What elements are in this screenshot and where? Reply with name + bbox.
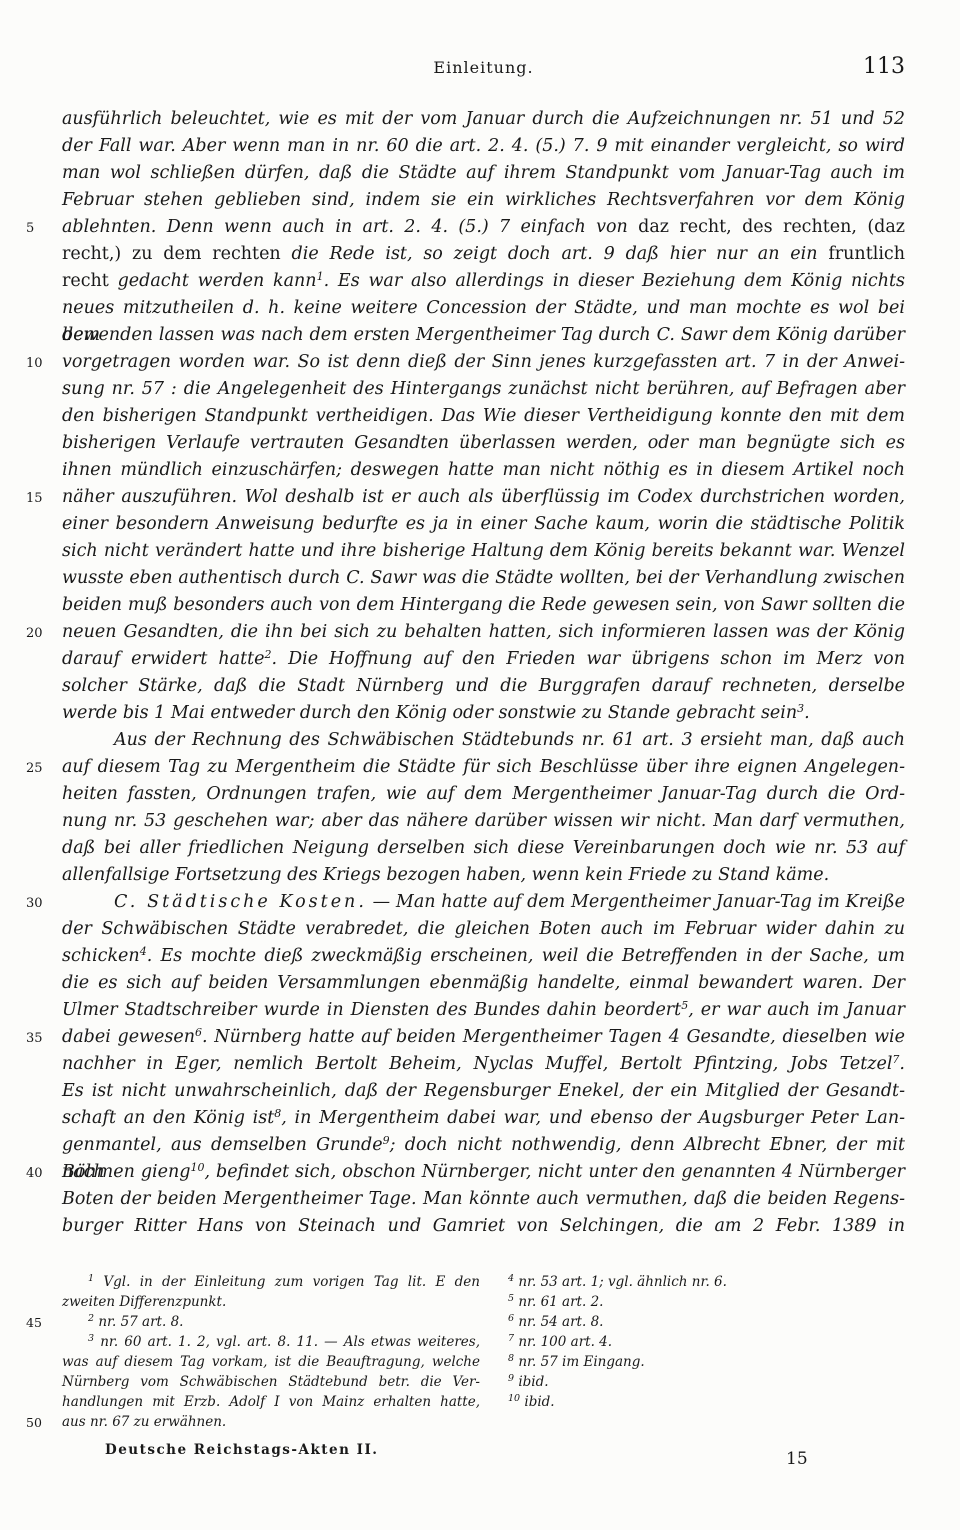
footnote-marker: 8	[508, 1353, 514, 1364]
text-segment: . Die Hoffnung auf den Frieden war übrig…	[272, 649, 905, 669]
text-line: werde bis 1 Mai entweder durch den König…	[62, 700, 905, 727]
text-line: 30C. Städtische Kosten. — Man hatte auf …	[62, 889, 905, 916]
text-line: 50aus nr. 67 zu erwähnen.	[62, 1412, 480, 1432]
margin-line-number: 25	[26, 755, 56, 782]
text-segment: fruntlich	[828, 244, 905, 264]
text-segment: .	[804, 703, 810, 723]
margin-line-number: 10	[26, 350, 56, 377]
text-segment: , befindet sich, obschon Nürnberger, nic…	[204, 1162, 905, 1182]
text-line: bewenden lassen was nach dem ersten Merg…	[62, 322, 905, 349]
text-line: darauf erwidert hatte2. Die Hoffnung auf…	[62, 646, 905, 673]
text-segment: Ulmer Stadtschreiber wurde in Diensten d…	[62, 1000, 681, 1020]
text-segment: gedacht werden kann	[118, 271, 317, 291]
text-segment: neuen Gesandten, die ihn bei sich zu beh…	[62, 622, 905, 642]
text-segment: sung nr. 57 : die Angelegenheit des Hint…	[62, 379, 905, 399]
text-line: die es sich auf beiden Versammlungen ebe…	[62, 970, 905, 997]
text-segment: nr. 57 im Eingang.	[514, 1354, 645, 1370]
text-segment: nr. 60 art. 1. 2, vgl. art. 8. 11. — Als…	[94, 1334, 480, 1350]
text-line: recht gedacht werden kann1. Es war also …	[62, 268, 905, 295]
text-line: allenfallsige Fortsetzung des Kriegs bez…	[62, 862, 905, 889]
text-segment: nr. 57 art. 8.	[94, 1314, 183, 1330]
running-title: Einleitung.	[62, 58, 905, 77]
text-line: bisherigen Verlaufe vertrauten Gesandten…	[62, 430, 905, 457]
text-segment: C. Städtische Kosten.	[114, 892, 367, 912]
text-segment: daß bei aller friedlichen Neigung dersel…	[62, 838, 905, 858]
text-segment: dabei gewesen	[62, 1027, 195, 1047]
text-segment: ausführlich beleuchtet, wie es mit der v…	[62, 109, 905, 129]
text-segment: ablehnten. Denn wenn auch in art. 2. 4. …	[62, 217, 638, 237]
text-line: 25auf diesem Tag zu Mergentheim die Städ…	[62, 754, 905, 781]
text-segment: genmantel, aus demselben Grunde	[62, 1135, 383, 1155]
text-line: 15näher auszuführen. Wol deshalb ist er …	[62, 484, 905, 511]
text-segment: der Schwäbischen Städte verabredet, die …	[62, 919, 905, 939]
text-segment: darauf erwidert hatte	[62, 649, 265, 669]
text-line: 40Böhmen gieng10, befindet sich, obschon…	[62, 1159, 905, 1186]
footnote-marker: 2	[265, 648, 272, 661]
text-line: 1 Vgl. in der Einleitung zum vorigen Tag…	[62, 1272, 480, 1292]
footnotes: 1 Vgl. in der Einleitung zum vorigen Tag…	[62, 1272, 905, 1437]
text-line: ausführlich beleuchtet, wie es mit der v…	[62, 106, 905, 133]
text-segment: einer besondern Anweisung bedurfte es ja…	[62, 514, 905, 534]
text-segment: Februar stehen geblieben sind, indem sie…	[62, 190, 905, 210]
text-line: was auf diesem Tag vorkam, ist die Beauf…	[62, 1352, 480, 1372]
series-imprint: Deutsche Reichstags-Akten II.	[105, 1442, 378, 1458]
text-line: nachher in Eger, nemlich Bertolt Beheim,…	[62, 1051, 905, 1078]
text-segment: der Fall war. Aber wenn man in nr. 60 di…	[62, 136, 905, 156]
text-segment: wusste eben authentisch durch C. Sawr wa…	[62, 568, 905, 588]
margin-line-number: 30	[26, 890, 56, 917]
text-line: heiten fassten, Ordnungen trafen, wie au…	[62, 781, 905, 808]
text-segment: nachher in Eger, nemlich Bertolt Beheim,…	[62, 1054, 892, 1074]
margin-line-number: 50	[26, 1413, 56, 1433]
footnote-marker: 3	[797, 702, 804, 715]
text-line: 20neuen Gesandten, die ihn bei sich zu b…	[62, 619, 905, 646]
text-segment: man wol schließen dürfen, daß die Städte…	[62, 163, 905, 183]
text-line: burger Ritter Hans von Steinach und Gamr…	[62, 1213, 905, 1240]
text-segment: nr. 100 art. 4.	[514, 1334, 612, 1350]
text-segment: . Es mochte dieß zweckmäßig erscheinen, …	[147, 946, 905, 966]
text-segment: beiden muß besonders auch von dem Hinter…	[62, 595, 905, 615]
text-line: 10 ibid.	[508, 1392, 898, 1412]
text-line: wusste eben authentisch durch C. Sawr wa…	[62, 565, 905, 592]
margin-line-number: 35	[26, 1025, 56, 1052]
text-line: Februar stehen geblieben sind, indem sie…	[62, 187, 905, 214]
text-line: beiden muß besonders auch von dem Hinter…	[62, 592, 905, 619]
text-line: Es ist nicht unwahrscheinlich, daß der R…	[62, 1078, 905, 1105]
text-segment: . Es war also allerdings in dieser Bezie…	[324, 271, 905, 291]
margin-line-number: 45	[26, 1313, 56, 1333]
text-segment: heiten fassten, Ordnungen trafen, wie au…	[62, 784, 905, 804]
text-segment: Vgl. in der Einleitung zum vorigen Tag l…	[94, 1274, 480, 1290]
page-number: 113	[863, 54, 905, 79]
text-line: Boten der beiden Mergentheimer Tage. Man…	[62, 1186, 905, 1213]
text-line: sung nr. 57 : die Angelegenheit des Hint…	[62, 376, 905, 403]
text-line: schicken4. Es mochte dieß zweckmäßig ers…	[62, 943, 905, 970]
text-segment: , er war auch im Januar	[688, 1000, 905, 1020]
text-line: ihnen mündlich einzuschärfen; deswegen h…	[62, 457, 905, 484]
text-segment: recht	[62, 271, 118, 291]
text-segment: Böhmen gieng	[62, 1162, 190, 1182]
text-line: der Schwäbischen Städte verabredet, die …	[62, 916, 905, 943]
text-line: den bisherigen Standpunkt vertheidigen. …	[62, 403, 905, 430]
text-line: sich nicht verändert hatte und ihre bish…	[62, 538, 905, 565]
text-segment: solcher Stärke, daß die Stadt Nürnberg u…	[62, 676, 905, 696]
text-segment: nung nr. 53 geschehen war; aber das nähe…	[62, 811, 905, 831]
text-line: 4 nr. 53 art. 1; vgl. ähnlich nr. 6.	[508, 1272, 898, 1292]
text-segment: Es ist nicht unwahrscheinlich, daß der R…	[62, 1081, 905, 1101]
text-segment: , in Mergentheim dabei war, und ebenso d…	[281, 1108, 905, 1128]
footnotes-left-column: 1 Vgl. in der Einleitung zum vorigen Tag…	[62, 1272, 480, 1432]
margin-line-number: 15	[26, 485, 56, 512]
footnote-marker: 10	[508, 1393, 520, 1404]
text-segment: ibid.	[520, 1394, 555, 1410]
text-segment: die Rede ist, so zeigt doch art. 9 daß h…	[292, 244, 829, 264]
footnote-marker: 8	[274, 1107, 281, 1120]
footnote-marker: 4	[508, 1273, 514, 1284]
body-text: ausführlich beleuchtet, wie es mit der v…	[62, 106, 905, 1240]
margin-line-number: 20	[26, 620, 56, 647]
text-line: 5ablehnten. Denn wenn auch in art. 2. 4.…	[62, 214, 905, 241]
footnotes-right-column: 4 nr. 53 art. 1; vgl. ähnlich nr. 6.5 nr…	[508, 1272, 898, 1412]
footnote-marker: 10	[190, 1161, 204, 1174]
margin-line-number: 5	[26, 215, 56, 242]
text-line: 35dabei gewesen6. Nürnberg hatte auf bei…	[62, 1024, 905, 1051]
text-segment: werde bis 1 Mai entweder durch den König…	[62, 703, 797, 723]
sheet-number: 15	[786, 1449, 808, 1469]
text-segment: recht,) zu dem rechten	[62, 244, 292, 264]
footnote-marker: 6	[508, 1313, 514, 1324]
text-line: 9 ibid.	[508, 1372, 898, 1392]
text-segment: ibid.	[514, 1374, 549, 1390]
text-segment: näher auszuführen. Wol deshalb ist er au…	[62, 487, 905, 507]
text-line: 6 nr. 54 art. 8.	[508, 1312, 898, 1332]
text-line: neues mitzutheilen d. h. keine weitere C…	[62, 295, 905, 322]
footnote-marker: 9	[508, 1373, 514, 1384]
text-line: genmantel, aus demselben Grunde9; doch n…	[62, 1132, 905, 1159]
text-line: man wol schließen dürfen, daß die Städte…	[62, 160, 905, 187]
footnote-marker: 5	[681, 999, 688, 1012]
text-segment: burger Ritter Hans von Steinach und Gamr…	[62, 1216, 905, 1236]
text-segment: . Nürnberg hatte auf beiden Mergentheime…	[202, 1027, 905, 1047]
text-line: Ulmer Stadtschreiber wurde in Diensten d…	[62, 997, 905, 1024]
text-line: nung nr. 53 geschehen war; aber das nähe…	[62, 808, 905, 835]
text-line: 10vorgetragen worden war. So ist denn di…	[62, 349, 905, 376]
text-line: Aus der Rechnung des Schwäbischen Städte…	[62, 727, 905, 754]
footnote-marker: 4	[140, 945, 147, 958]
text-segment: nr. 54 art. 8.	[514, 1314, 603, 1330]
footnote-marker: 1	[317, 270, 324, 283]
text-segment: was auf diesem Tag vorkam, ist die Beauf…	[62, 1354, 480, 1370]
text-line: handlungen mit Erzb. Adolf I von Mainz e…	[62, 1392, 480, 1412]
text-segment: — Man hatte auf dem Mergentheimer Januar…	[367, 892, 905, 912]
text-line: 5 nr. 61 art. 2.	[508, 1292, 898, 1312]
text-line: der Fall war. Aber wenn man in nr. 60 di…	[62, 133, 905, 160]
text-line: solcher Stärke, daß die Stadt Nürnberg u…	[62, 673, 905, 700]
text-line: Nürnberg vom Schwäbischen Städtebund bet…	[62, 1372, 480, 1392]
text-segment: ihnen mündlich einzuschärfen; deswegen h…	[62, 460, 905, 480]
footnote-marker: 3	[88, 1333, 94, 1344]
text-segment: vorgetragen worden war. So ist denn dieß…	[62, 352, 905, 372]
footnote-marker: 2	[88, 1313, 94, 1324]
text-segment: sich nicht verändert hatte und ihre bish…	[62, 541, 905, 561]
footnote-marker: 7	[508, 1333, 514, 1344]
text-segment: zweiten Differenzpunkt.	[62, 1294, 226, 1310]
text-line: recht,) zu dem rechten die Rede ist, so …	[62, 241, 905, 268]
footnote-marker: 5	[508, 1293, 514, 1304]
text-segment: den bisherigen Standpunkt vertheidigen. …	[62, 406, 905, 426]
text-segment: Nürnberg vom Schwäbischen Städtebund bet…	[62, 1374, 480, 1390]
footnote-marker: 6	[195, 1026, 202, 1039]
text-line: schaft an den König ist8, in Mergentheim…	[62, 1105, 905, 1132]
text-segment: handlungen mit Erzb. Adolf I von Mainz e…	[62, 1394, 480, 1410]
footnote-marker: 1	[88, 1273, 94, 1284]
text-segment: schaft an den König ist	[62, 1108, 274, 1128]
text-segment: nr. 53 art. 1; vgl. ähnlich nr. 6.	[514, 1274, 727, 1290]
text-line: 452 nr. 57 art. 8.	[62, 1312, 480, 1332]
footnote-marker: 9	[383, 1134, 390, 1147]
text-line: 8 nr. 57 im Eingang.	[508, 1352, 898, 1372]
text-segment: nr. 61 art. 2.	[514, 1294, 603, 1310]
text-segment: daz recht, des rechten, (daz	[638, 217, 905, 237]
text-line: 7 nr. 100 art. 4.	[508, 1332, 898, 1352]
text-segment: aus nr. 67 zu erwähnen.	[62, 1414, 226, 1430]
text-segment: schicken	[62, 946, 140, 966]
text-segment: bisherigen Verlaufe vertrauten Gesandten…	[62, 433, 905, 453]
text-line: 3 nr. 60 art. 1. 2, vgl. art. 8. 11. — A…	[62, 1332, 480, 1352]
text-line: zweiten Differenzpunkt.	[62, 1292, 480, 1312]
text-segment: die es sich auf beiden Versammlungen ebe…	[62, 973, 905, 993]
text-segment: Aus der Rechnung des Schwäbischen Städte…	[114, 730, 905, 750]
footnote-marker: 7	[892, 1053, 899, 1066]
margin-line-number: 40	[26, 1160, 56, 1187]
text-line: daß bei aller friedlichen Neigung dersel…	[62, 835, 905, 862]
text-segment: auf diesem Tag zu Mergentheim die Städte…	[62, 757, 905, 777]
text-segment: allenfallsige Fortsetzung des Kriegs bez…	[62, 865, 829, 885]
text-segment: bewenden lassen was nach dem ersten Merg…	[62, 325, 905, 345]
document-page: Einleitung. 113 ausführlich beleuchtet, …	[0, 0, 960, 1530]
text-segment: Boten der beiden Mergentheimer Tage. Man…	[62, 1189, 905, 1209]
text-segment: .	[899, 1054, 905, 1074]
text-line: einer besondern Anweisung bedurfte es ja…	[62, 511, 905, 538]
